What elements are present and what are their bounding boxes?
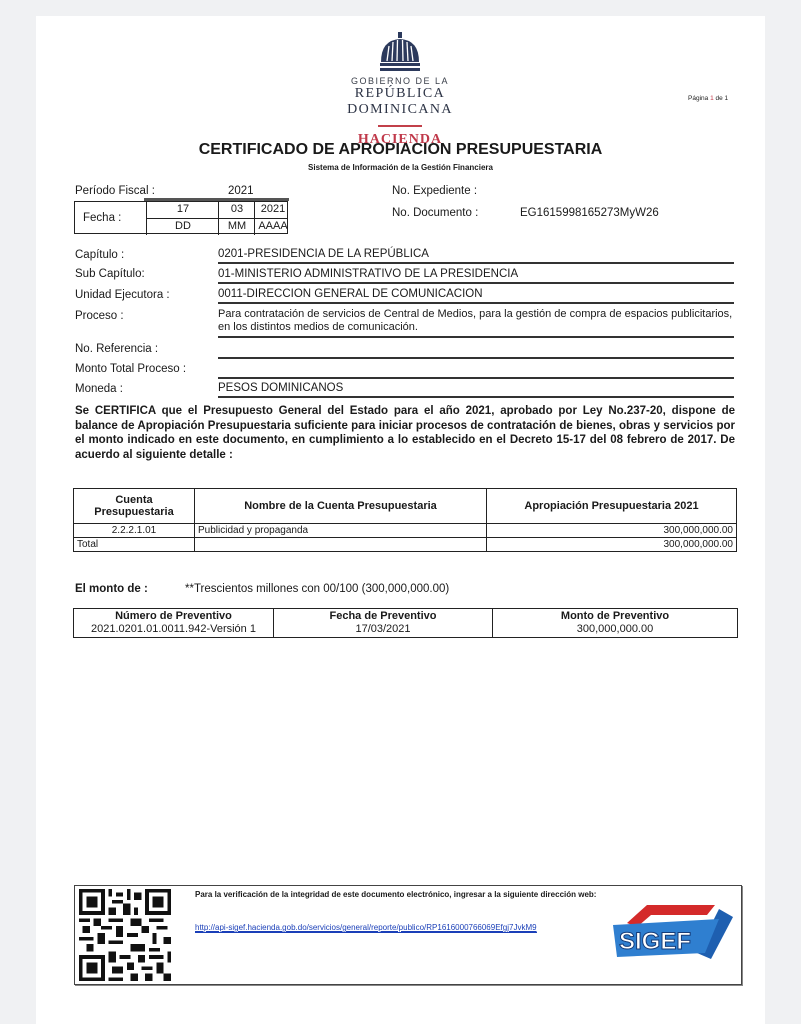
logo-line-republica: REPÚBLICA DOMINICANA (300, 86, 500, 118)
fecha-box: Fecha : 17 03 2021 DD MM AAAA (74, 201, 288, 234)
expediente-label: No. Expediente : (392, 185, 477, 197)
unidad-label: Unidad Ejecutora : (75, 289, 170, 301)
verification-box: Para la verificación de la integridad de… (74, 885, 742, 985)
total-empty (195, 538, 487, 552)
verification-link[interactable]: http://api-sigef.hacienda.gob.do/servici… (195, 923, 537, 933)
proceso-underline (218, 336, 734, 338)
table-row: 2.2.2.1.01 Publicidad y propaganda 300,0… (74, 524, 737, 538)
preventivo-table: Número de Preventivo 2021.0201.01.0011.9… (73, 608, 738, 638)
fecha-day-header: DD (146, 219, 219, 235)
preventivo-numero-header: Número de Preventivo (115, 610, 232, 622)
referencia-underline (218, 357, 734, 359)
budget-table: Cuenta Presupuestaria Nombre de la Cuent… (73, 488, 737, 552)
unidad-value: 0011-DIRECCION GENERAL DE COMUNICACION (218, 288, 483, 300)
preventivo-row: Número de Preventivo 2021.0201.01.0011.9… (74, 609, 738, 638)
preventivo-numero: Número de Preventivo 2021.0201.01.0011.9… (74, 609, 274, 638)
subcapitulo-value: 01-MINISTERIO ADMINISTRATIVO DE LA PRESI… (218, 268, 518, 280)
header-nombre: Nombre de la Cuenta Presupuestaria (195, 489, 487, 524)
monto-total-underline (218, 377, 734, 379)
total-value: 300,000,000.00 (487, 538, 737, 552)
page-of: de (716, 95, 723, 102)
moneda-value: PESOS DOMINICANOS (218, 382, 343, 394)
fecha-label: Fecha : (83, 212, 121, 224)
fecha-day: 17 (146, 202, 219, 218)
moneda-label: Moneda : (75, 383, 123, 395)
documento-label: No. Documento : (392, 207, 478, 219)
dome-icon (375, 30, 425, 74)
header-apropiacion: Apropiación Presupuestaria 2021 (487, 489, 737, 524)
total-row: Total 300,000,000.00 (74, 538, 737, 552)
page-label: Página (688, 95, 708, 102)
capitulo-label: Capítulo : (75, 249, 124, 261)
moneda-underline (218, 396, 734, 398)
logo-line-gobierno: GOBIERNO DE LA (300, 76, 500, 86)
header-cuenta: Cuenta Presupuestaria (74, 489, 195, 524)
page-current: 1 (710, 95, 714, 102)
preventivo-fecha-value: 17/03/2021 (355, 623, 410, 635)
referencia-label: No. Referencia : (75, 343, 158, 355)
fecha-year: 2021 (254, 202, 291, 218)
certification-text: Se CERTIFICA que el Presupuesto General … (75, 404, 735, 462)
fecha-year-header: AAAA (254, 219, 291, 235)
proceso-label: Proceso : (75, 310, 124, 322)
capitulo-underline (218, 262, 734, 264)
page-total: 1 (725, 95, 729, 102)
unidad-underline (218, 302, 734, 304)
fecha-month: 03 (218, 202, 255, 218)
government-logo: GOBIERNO DE LA REPÚBLICA DOMINICANA HACI… (300, 30, 500, 148)
preventivo-fecha: Fecha de Preventivo 17/03/2021 (274, 609, 493, 638)
periodo-fiscal-label: Período Fiscal : (75, 185, 155, 197)
preventivo-numero-value: 2021.0201.01.0011.942-Versión 1 (91, 623, 256, 635)
cell-cuenta: 2.2.2.1.01 (74, 524, 195, 538)
monto-label: El monto de : (75, 583, 148, 595)
subcapitulo-underline (218, 282, 734, 284)
monto-total-label: Monto Total Proceso : (75, 363, 186, 375)
svg-text:SIGEF: SIGEF (619, 928, 691, 955)
monto-value: **Trescientos millones con 00/100 (300,0… (185, 583, 449, 595)
verification-text: Para la verificación de la integridad de… (195, 890, 625, 900)
cell-nombre: Publicidad y propaganda (195, 524, 487, 538)
preventivo-fecha-header: Fecha de Preventivo (330, 610, 437, 622)
total-label: Total (74, 538, 195, 552)
capitulo-value: 0201-PRESIDENCIA DE LA REPÚBLICA (218, 248, 429, 260)
fecha-month-header: MM (218, 219, 255, 235)
cell-monto: 300,000,000.00 (487, 524, 737, 538)
document-title: CERTIFICADO DE APROPIACION PRESUPUESTARI… (0, 141, 801, 159)
periodo-fiscal-value: 2021 (228, 185, 254, 197)
proceso-value: Para contratación de servicios de Centra… (218, 308, 733, 334)
page-indicator: Página 1 de 1 (688, 95, 728, 102)
qr-code-icon[interactable] (79, 889, 171, 981)
preventivo-monto-header: Monto de Preventivo (561, 610, 669, 622)
logo-divider (378, 125, 422, 127)
preventivo-monto: Monto de Preventivo 300,000,000.00 (493, 609, 738, 638)
preventivo-monto-value: 300,000,000.00 (577, 623, 653, 635)
subcapitulo-label: Sub Capítulo: (75, 268, 145, 280)
documento-value: EG1615998165273MyW26 (520, 207, 659, 219)
document-subtitle: Sistema de Información de la Gestión Fin… (0, 163, 801, 172)
sigef-logo-icon: SIGEF (607, 901, 739, 961)
